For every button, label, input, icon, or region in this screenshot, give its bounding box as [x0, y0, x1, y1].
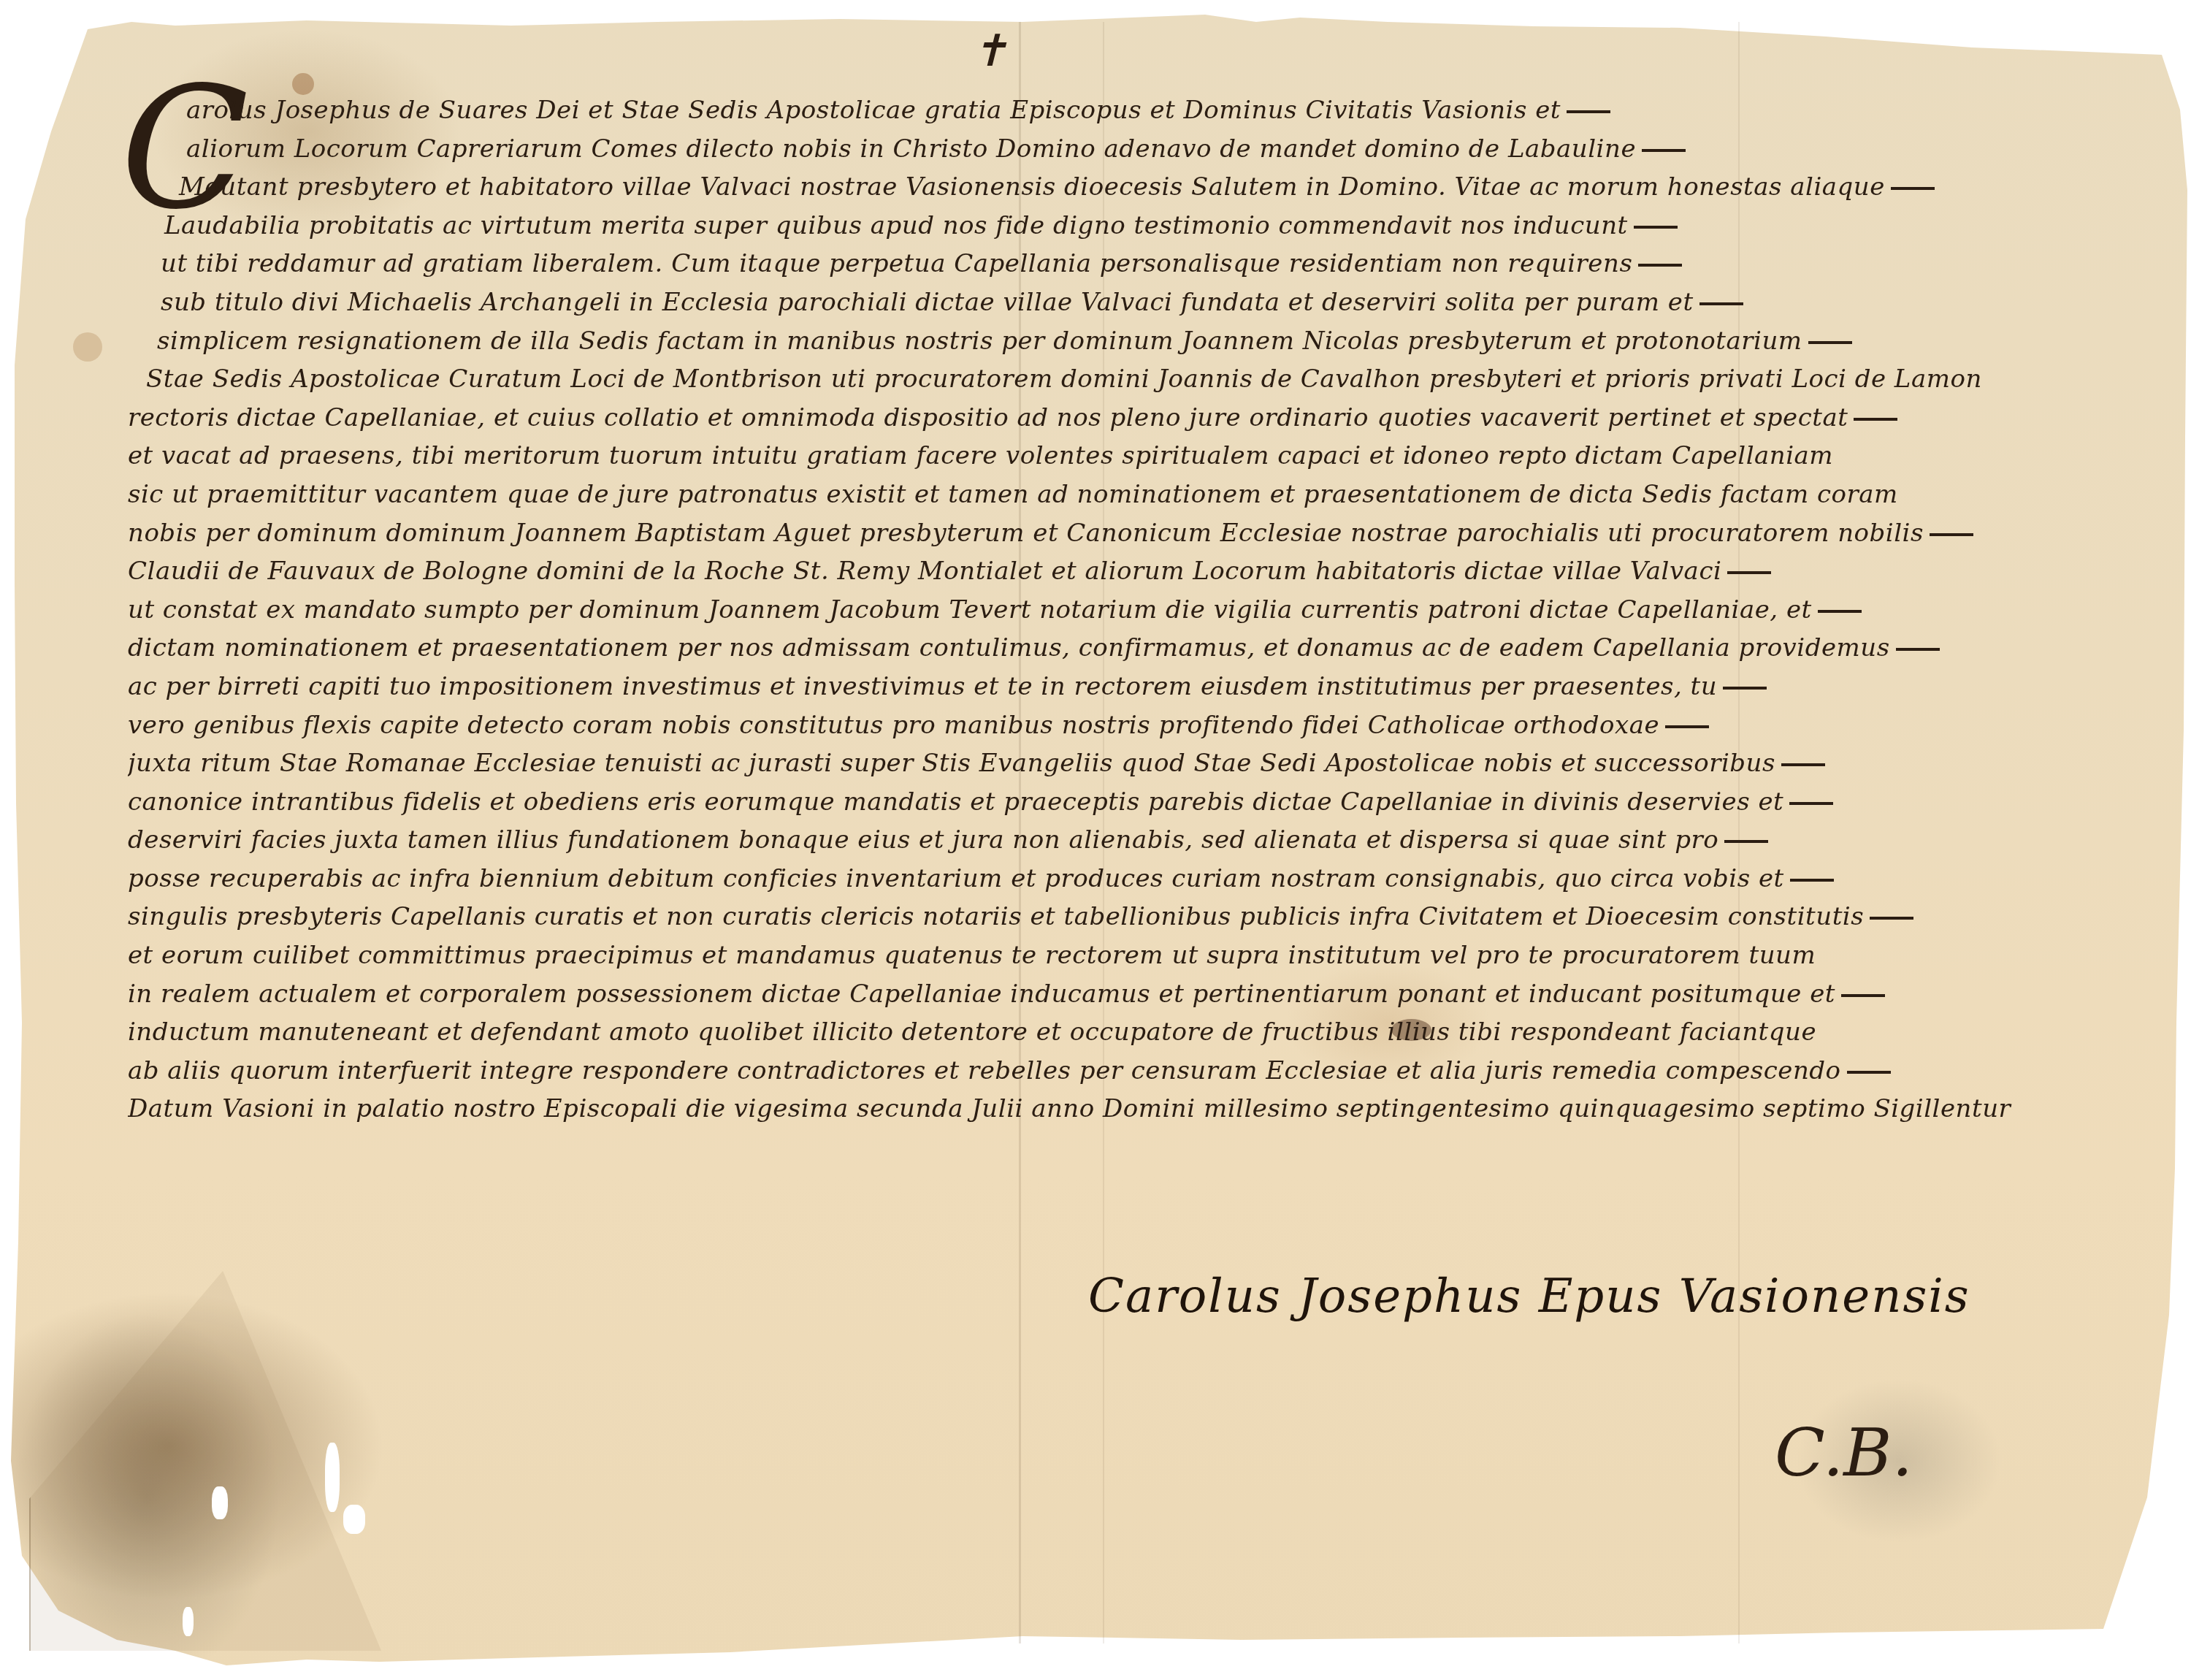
header-cross-mark: ✝ — [971, 29, 1008, 73]
line-filler-stroke — [1665, 725, 1709, 728]
secretary-paraph: C.B. — [1775, 1417, 1913, 1490]
line-filler-stroke — [1847, 1071, 1891, 1074]
line-filler-stroke — [1567, 110, 1610, 113]
paper-hole — [325, 1443, 340, 1512]
text-line: sub titulo divi Michaelis Archangeli in … — [128, 283, 2114, 322]
letter-body: arolus Josephus de Suares Dei et Stae Se… — [128, 91, 2114, 1129]
line-filler-stroke — [1818, 610, 1862, 613]
text-line: dictam nominationem et praesentationem p… — [128, 629, 2114, 668]
text-line: rectoris dictae Capellaniae, et cuius co… — [128, 399, 2114, 438]
text-line: Claudii de Fauvaux de Bologne domini de … — [128, 552, 2114, 591]
line-filler-stroke — [1789, 802, 1833, 805]
text-line: inductum manuteneant et defendant amoto … — [128, 1013, 2114, 1052]
line-filler-stroke — [1808, 341, 1852, 344]
text-line: Stae Sedis Apostolicae Curatum Loci de M… — [128, 360, 2114, 399]
text-line: canonice intrantibus fidelis et obediens… — [128, 783, 2114, 822]
text-line: nobis per dominum dominum Joannem Baptis… — [128, 514, 2114, 553]
text-line: vero genibus flexis capite detecto coram… — [128, 706, 2114, 745]
line-filler-stroke — [1790, 879, 1834, 882]
text-line: singulis presbyteris Capellanis curatis … — [128, 898, 2114, 936]
line-filler-stroke — [1724, 840, 1768, 843]
line-filler-stroke — [1781, 763, 1825, 766]
text-line: simplicem resignationem de illa Sedis fa… — [128, 322, 2114, 361]
line-filler-stroke — [1891, 187, 1935, 190]
paper-hole — [212, 1486, 228, 1519]
text-line: aliorum Locorum Capreriarum Comes dilect… — [128, 130, 2114, 169]
line-filler-stroke — [1727, 571, 1771, 574]
text-line: et vacat ad praesens, tibi meritorum tuo… — [128, 437, 2114, 476]
line-filler-stroke — [1699, 302, 1743, 305]
water-stain — [73, 332, 102, 362]
text-line: Datum Vasioni in palatio nostro Episcopa… — [128, 1090, 2114, 1129]
line-filler-stroke — [1870, 917, 1913, 920]
text-line: ut constat ex mandato sumpto per dominum… — [128, 591, 2114, 630]
line-filler-stroke — [1930, 533, 1973, 536]
bishop-signature: Carolus Josephus Epus Vasionensis — [1088, 1267, 1970, 1326]
text-line: ac per birreti capiti tuo impositionem i… — [128, 668, 2114, 706]
paper-hole — [343, 1505, 365, 1534]
text-line: et eorum cuilibet committimus praecipimu… — [128, 936, 2114, 975]
line-filler-stroke — [1841, 994, 1885, 997]
text-line: ab aliis quorum interfuerit integre resp… — [128, 1052, 2114, 1091]
text-line: in realem actualem et corporalem possess… — [128, 975, 2114, 1014]
text-line: ut tibi reddamur ad gratiam liberalem. C… — [128, 245, 2114, 283]
text-line: Laudabilia probitatis ac virtutum merita… — [128, 207, 2114, 245]
text-line: sic ut praemittitur vacantem quae de jur… — [128, 476, 2114, 514]
text-line: juxta ritum Stae Romanae Ecclesiae tenui… — [128, 744, 2114, 783]
text-line: deserviri facies juxta tamen illius fund… — [128, 821, 2114, 860]
text-line: posse recuperabis ac infra biennium debi… — [128, 860, 2114, 898]
manuscript-sheet: ✝ C arolus Josephus de Suares Dei et Sta… — [0, 0, 2191, 1680]
text-line: arolus Josephus de Suares Dei et Stae Se… — [128, 91, 2114, 130]
text-line: Moutant presbytero et habitatoro villae … — [128, 168, 2114, 207]
line-filler-stroke — [1634, 226, 1678, 229]
paper-hole — [183, 1607, 194, 1636]
line-filler-stroke — [1723, 687, 1767, 690]
line-filler-stroke — [1642, 149, 1686, 152]
line-filler-stroke — [1638, 264, 1682, 267]
line-filler-stroke — [1896, 648, 1940, 651]
line-filler-stroke — [1854, 418, 1897, 421]
